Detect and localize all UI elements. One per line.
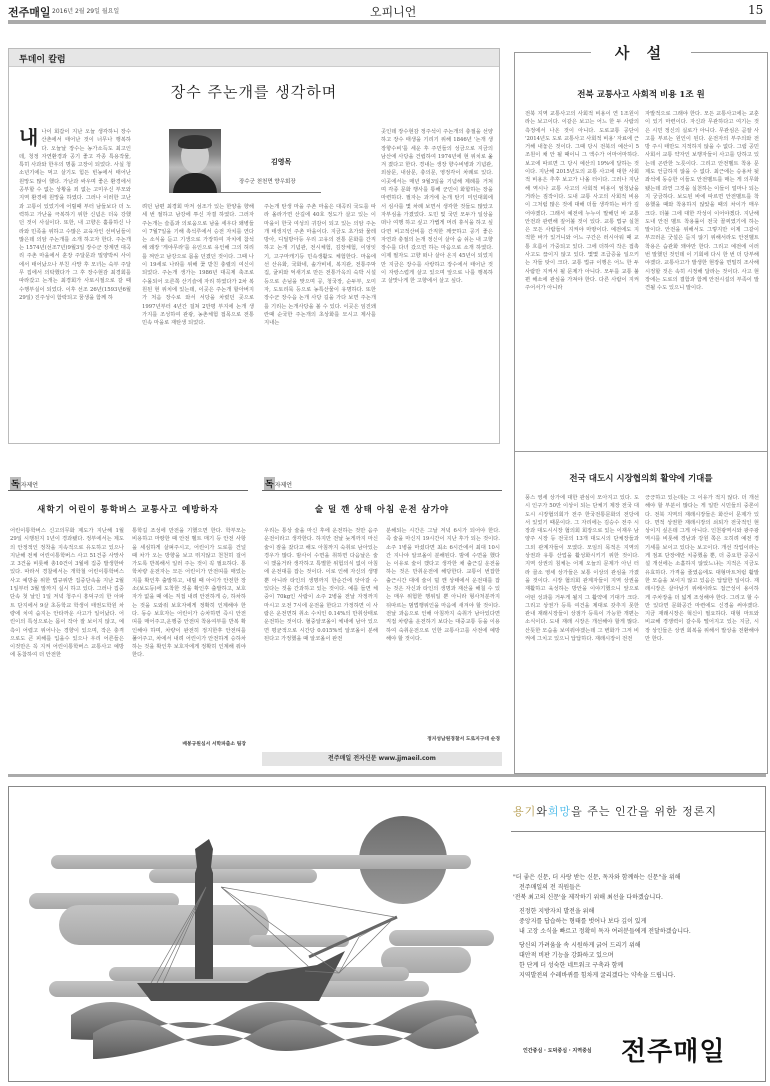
page-number: 15 <box>748 3 763 17</box>
brand-logo: 전주매일 <box>621 1031 725 1068</box>
brand-values: 인간중심 · 도덕중심 · 지역중심 <box>523 1047 592 1054</box>
top-rule <box>8 20 766 24</box>
e-paper-link[interactable]: 전주매일 전자신문 www.jjmaeil.com <box>262 752 502 766</box>
editorial-box-1: 전북 교통사고 사회적 비용 1조 원 전북 지역 교통사고의 사회적 비용이 … <box>514 52 768 452</box>
masthead-date: 2016년 2월 29일 월요일 <box>52 6 119 15</box>
editorial-1-title: 전북 교통사고 사회적 비용 1조 원 <box>515 88 767 100</box>
today-column-text-2: 려던 남편 최경회 마저 섬조가 있는 한양을 향해 세 번 절하고 남강에 투… <box>142 203 254 439</box>
promise-text: "더 좋은 신문, 더 사랑 받는 신문, 독자와 함께하는 신문"을 위해전주… <box>513 873 691 985</box>
today-column-text-3: 주논개 탄생 마을 주촌 마을은 대곡리 국도를 따라 올라가면 산길에 40호… <box>264 203 376 439</box>
reader-2-label: 독자제언 <box>262 477 502 491</box>
slogan-rule <box>511 831 765 832</box>
reader-1-label: 독자제언 <box>8 477 248 491</box>
author-title: 장수군 천천면 향우회장 <box>239 177 296 185</box>
reader-1-text-1: 어린이통학버스 신고의무화 제도가 지난해 1월29일 시행된지 1년이 경과됐… <box>10 527 124 749</box>
today-column-title: 장수 주논개를 생각하며 <box>9 81 499 102</box>
reader-2-title: 술 덜 깬 상태 아침 운전 삼가야 <box>262 503 502 515</box>
reader-1-text-2: 통학길 조성에 만전을 기했으면 한다. 학부모는 비용하고 마땅한 때 안전 … <box>132 527 246 737</box>
reader-1-signature: 배봉규원심서 서학파출소 팀장 <box>132 740 246 747</box>
promo-ad-box: 용기와희망을 주는 인간을 위한 정론지 "더 좋은 신문, 더 사랑 받는 신… <box>8 786 766 1082</box>
reader-2-text-2: 분해되는 시간은 그날 저녁 6시가 되어야 한다. 즉 술을 마신지 19시간… <box>386 527 500 731</box>
today-column-text-1: 내나이 회갑이 지난 오늘 생각하니 장수 산촌에서 태어난 것이 너무나 행복… <box>19 128 131 438</box>
byline-rule <box>221 192 321 193</box>
author-name: 김영목 <box>271 157 291 167</box>
today-column-text-4: 곳인데 장수현감 정주석이 주논개의 충절을 선양하고 장수 태생을 기리기 위… <box>381 128 493 439</box>
masthead-paper-name: 전주매일 <box>8 4 51 20</box>
author-photo <box>169 129 221 193</box>
today-column-panel: 투데이 칼럼 장수 주논개를 생각하며 내나이 회갑이 지난 오늘 생각하니 장… <box>8 48 500 444</box>
editorial-1-text-2: 자발적으로 그래야 한다. 모든 교통사고에는 교훈이 있기 마련이다. 자신과… <box>645 110 759 448</box>
editorial-2-text-2: 긍긍하고 있는데는 그 이유가 적지 않다. 더 개선해야 할 부분이 많다는 … <box>645 494 759 766</box>
today-column-label: 투데이 칼럼 <box>9 49 499 67</box>
middle-rule <box>8 774 766 777</box>
reader-2-signature: 정지성남원경찰서 도로지구대 순경 <box>386 735 500 742</box>
editorial-2-text-1: 풍스 영세 상가에 대한 관심이 모아지고 있다. 도시 인구가 50만 이상이… <box>525 494 639 766</box>
masthead-section: 오피니언 <box>370 3 416 20</box>
editorial-1-text-1: 전북 지역 교통사고의 사회적 비용이 연 1조원이라는 보고이다. 이같은 보… <box>525 110 639 448</box>
dropcap: 내 <box>19 128 38 146</box>
reader-2-text-1: 우리는 통상 술을 마신 후에 운전하는 것만 음주운전이라고 생각한다. 하지… <box>264 527 378 749</box>
reader-1-title: 새학기 어린이 통학버스 교통사고 예방하자 <box>8 503 248 515</box>
slogan: 용기와희망을 주는 인간을 위한 정론지 <box>513 803 717 819</box>
editorial-box-2: 전국 대도시 시장협의회 활약에 기대를 풍스 영세 상가에 대한 관심이 모아… <box>514 452 768 774</box>
editorial-2-title: 전국 대도시 시장협의회 활약에 기대를 <box>515 472 767 484</box>
sailing-ship-illustration <box>9 787 509 1081</box>
